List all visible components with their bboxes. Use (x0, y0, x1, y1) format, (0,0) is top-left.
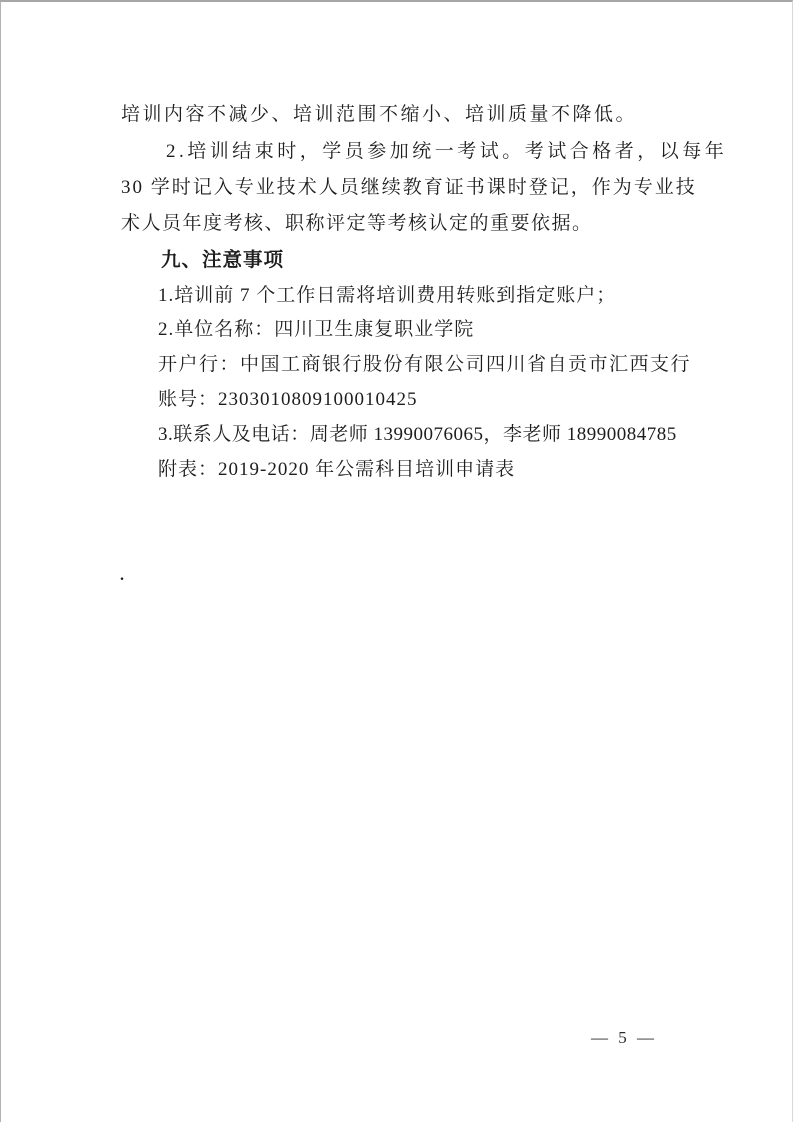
page-number: — 5 — (591, 1026, 657, 1050)
body-line-paragraph-continuation: 培训内容不减少、培训范围不缩小、培训质量不降低。 (121, 103, 637, 127)
note-line-1: 1.培训前 7 个工作日需将培训费用转账到指定账户； (158, 284, 616, 308)
attachment-line: 附表：2019-2020 年公需科目培训申请表 (158, 458, 515, 482)
body-line-para2-3: 术人员年度考核、职称评定等考核认定的重要依据。 (121, 212, 593, 236)
section-heading-nine: 九、注意事项 (161, 248, 284, 272)
body-line-para2-2: 30 学时记入专业技术人员继续教育证书课时登记，作为专业技 (121, 176, 697, 200)
document-page: 培训内容不减少、培训范围不缩小、培训质量不降低。 2.培训结束时，学员参加统一考… (0, 0, 793, 1122)
note-line-3-contacts: 3.联系人及电话：周老师 13990076065，李老师 18990084785 (158, 423, 677, 447)
note-line-2-unit-name: 2.单位名称：四川卫生康复职业学院 (158, 318, 474, 342)
stray-period: . (120, 564, 124, 588)
body-line-para2-1: 2.培训结束时，学员参加统一考试。考试合格者，以每年 (166, 140, 727, 164)
account-number-line: 账号：2303010809100010425 (158, 388, 418, 412)
bank-branch-line: 开户行：中国工商银行股份有限公司四川省自贡市汇西支行 (158, 353, 691, 377)
